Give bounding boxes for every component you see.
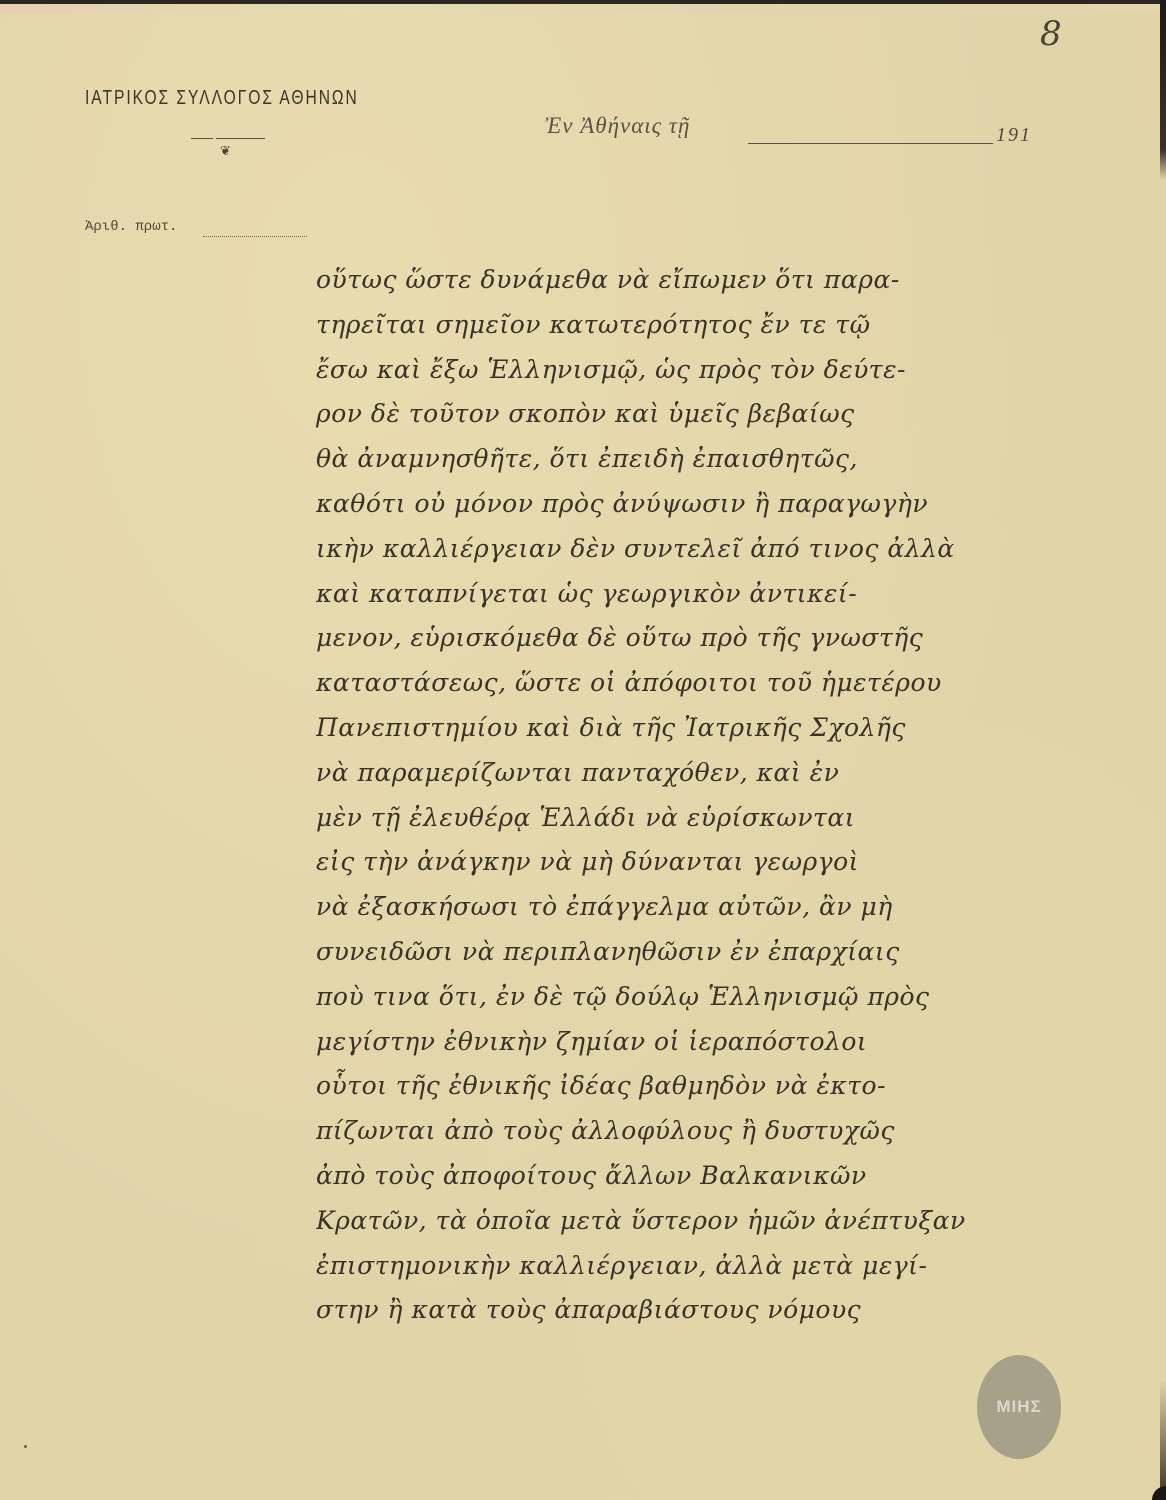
letterhead-organization: ΙΑΤΡΙΚΟΣ ΣΥΛΛΟΓΟΣ ΑΘΗΝΩΝ	[85, 87, 359, 110]
body-line: στην ἢ κατὰ τοὺς ἀπαραβιάστους νόμους	[316, 1288, 1166, 1333]
year-prefix: 191	[996, 124, 1032, 147]
body-line: νὰ ἐξασκήσωσι τὸ ἐπάγγελμα αὐτῶν, ἂν μὴ	[316, 885, 1166, 930]
letterhead-divider	[191, 138, 265, 139]
body-line: ικὴν καλλιέργειαν δὲν συντελεῖ ἀπό τινος…	[316, 527, 1166, 572]
body-line: εἰς τὴν ἀνάγκην νὰ μὴ δύνανται γεωργοὶ	[316, 840, 1166, 885]
body-line: θὰ ἀναμνησθῆτε, ὅτι ἐπειδὴ ἐπαισθητῶς,	[316, 437, 1166, 482]
body-line: μενον, εὑρισκόμεθα δὲ οὕτω πρὸ τῆς γνωστ…	[316, 616, 1166, 661]
body-line: νὰ παραμερίζωνται πανταχόθεν, καὶ ἐν	[316, 751, 1166, 796]
body-line: μὲν τῇ ἐλευθέρᾳ Ἑλλάδι νὰ εὑρίσκωνται	[316, 796, 1166, 841]
body-line: οὕτως ὥστε δυνάμεθα νὰ εἴπωμεν ὅτι παρα-	[316, 258, 1166, 303]
body-line: ἔσω καὶ ἔξω Ἑλληνισμῷ, ὡς πρὸς τὸν δεύτε…	[316, 348, 1166, 393]
date-blank-line	[748, 143, 993, 144]
body-line: ἀπὸ τοὺς ἀποφοίτους ἄλλων Βαλκανικῶν	[316, 1154, 1166, 1199]
page-corner	[1152, 1486, 1166, 1500]
body-line: Πανεπιστημίου καὶ διὰ τῆς Ἰατρικῆς Σχολῆ…	[316, 706, 1166, 751]
body-line: πίζωνται ἀπὸ τοὺς ἀλλοφύλους ἢ δυστυχῶς	[316, 1109, 1166, 1154]
page-top-edge-tint	[0, 4, 1166, 14]
body-line: οὗτοι τῆς ἐθνικῆς ἰδέας βαθμηδὸν νὰ ἐκτο…	[316, 1064, 1166, 1109]
handwritten-body: οὕτως ὥστε δυνάμεθα νὰ εἴπωμεν ὅτι παρα-…	[316, 258, 1166, 1333]
body-line: τηρεῖται σημεῖον κατωτερότητος ἔν τε τῷ	[316, 303, 1166, 348]
archive-watermark-stamp: ΜΙΗΣ	[977, 1355, 1061, 1459]
body-line: συνειδῶσι νὰ περιπλανηθῶσιν ἐν ἐπαρχίαις	[316, 930, 1166, 975]
protocol-number-blank	[203, 236, 307, 237]
body-line: ρον δὲ τοῦτον σκοπὸν καὶ ὑμεῖς βεβαίως	[316, 392, 1166, 437]
body-line: μεγίστην ἐθνικὴν ζημίαν οἱ ἱεραπόστολοι	[316, 1020, 1166, 1065]
place-date-label: Ἐν Ἀθήναις τῇ	[545, 113, 690, 139]
document-page: 8 ΙΑΤΡΙΚΟΣ ΣΥΛΛΟΓΟΣ ΑΘΗΝΩΝ ❦ Ἐν Ἀθήναις …	[0, 0, 1166, 1500]
body-line: ἐπιστημονικὴν καλλιέργειαν, ἀλλὰ μετὰ με…	[316, 1244, 1166, 1289]
stamp-text: ΜΙΗΣ	[996, 1397, 1041, 1417]
body-line: καὶ καταπνίγεται ὡς γεωργικὸν ἀντικεί-	[316, 572, 1166, 617]
paper-speck	[24, 1445, 27, 1448]
body-line: ποὺ τινα ὅτι, ἐν δὲ τῷ δούλῳ Ἑλληνισμῷ π…	[316, 975, 1166, 1020]
protocol-number-label: Ἀριθ. πρωτ.	[85, 219, 177, 235]
body-line: καθότι οὐ μόνον πρὸς ἀνύψωσιν ἢ παραγωγὴ…	[316, 482, 1166, 527]
folio-number: 8	[1040, 14, 1062, 54]
fleuron-icon: ❦	[220, 144, 231, 159]
body-line: Κρατῶν, τὰ ὁποῖα μετὰ ὕστερον ἡμῶν ἀνέπτ…	[316, 1199, 1166, 1244]
body-line: καταστάσεως, ὥστε οἱ ἀπόφοιτοι τοῦ ἡμετέ…	[316, 661, 1166, 706]
